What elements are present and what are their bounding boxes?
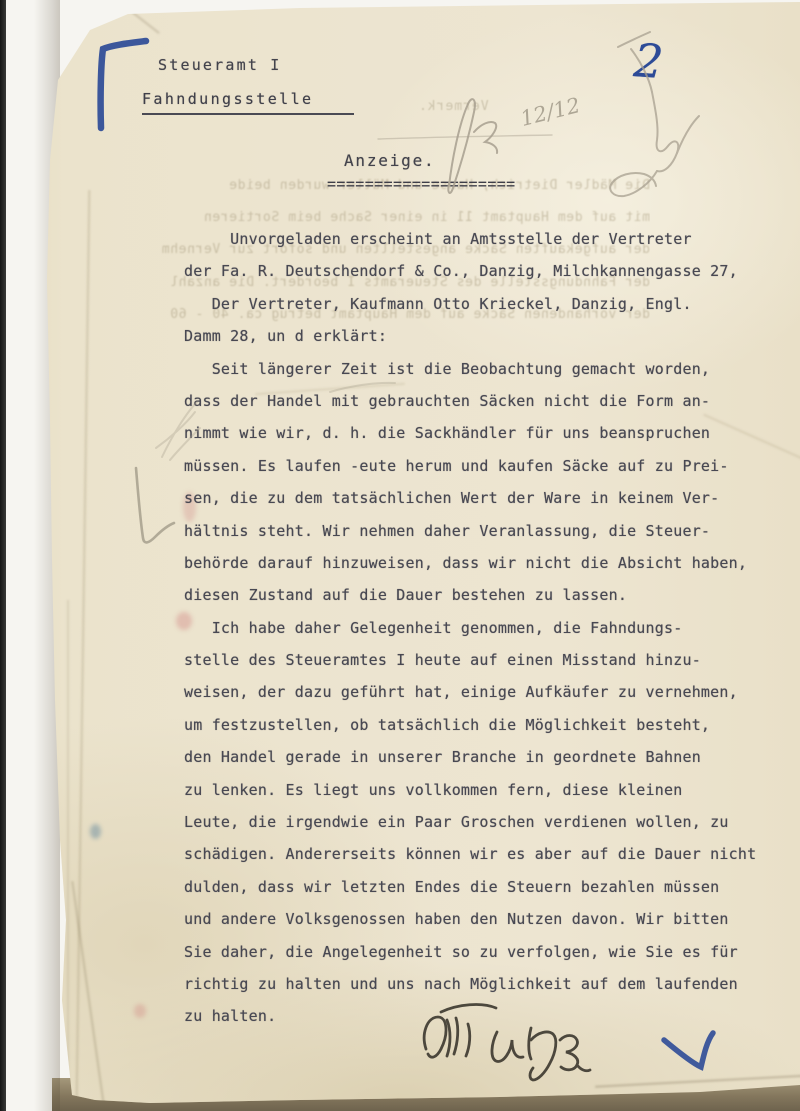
typewritten-line: und andere Volksgenossen haben den Nutze… [184,903,784,935]
typewritten-line: hältnis steht. Wir nehmen daher Veranlas… [184,515,784,547]
typewritten-line: weisen, der dazu geführt hat, einige Auf… [184,676,784,708]
typewritten-line: diesen Zustand auf die Dauer bestehen zu… [184,579,784,611]
typewritten-line: Unvorgeladen erscheint an Amtsstelle der… [184,223,784,255]
department-name: Fahndungsstelle [142,90,354,115]
typewritten-line: nimmt wie wir, d. h. die Sackhändler für… [184,417,784,449]
paper-sheet: Die Mädler Dietrich, Hanse und Müller wu… [0,0,800,1111]
typewritten-line: der Fa. R. Deutschendorf & Co., Danzig, … [184,255,784,287]
typewritten-line: um festzustellen, ob tatsächlich die Mög… [184,709,784,741]
scanner-edge [0,0,6,1111]
typewritten-line: den Handel gerade in unserer Branche in … [184,741,784,773]
typewritten-line: zu halten. [184,1000,784,1032]
blue-smudge [90,824,101,839]
pencil-date-note: 12/12 [518,93,583,131]
office-name: Steueramt I [158,56,282,74]
typewritten-line: dulden, dass wir letzten Endes die Steue… [184,871,784,903]
scanned-document-page: Die Mädler Dietrich, Hanse und Müller wu… [0,0,800,1111]
typewritten-line: Leute, die irgendwie ein Paar Groschen v… [184,806,784,838]
title-underline: ==================== [327,174,516,195]
typewritten-line: Der Vertreter, Kaufmann Otto Krieckel, D… [184,288,784,320]
typewritten-line: stelle des Steueramtes I heute auf einen… [184,644,784,676]
typewritten-line: sen, die zu dem tatsächlichen Wert der W… [184,482,784,514]
typewritten-line: dass der Handel mit gebrauchten Säcken n… [184,385,784,417]
typewritten-line: Seit längerer Zeit ist die Beobachtung g… [184,353,784,385]
typewritten-line: Ich habe daher Gelegenheit genommen, die… [184,612,784,644]
crease-line [595,1074,800,1088]
bleedthrough-vermerk: Vermerk. [418,99,489,114]
handwritten-page-number: 2 [632,33,665,89]
typewritten-line: müssen. Es laufen -eute herum und kaufen… [184,450,784,482]
pink-stain [134,1004,146,1018]
document-title: Anzeige. [344,151,435,170]
typewritten-line: Damm 28, un d erklärt: [184,320,784,352]
typewriter-body: Unvorgeladen erscheint an Amtsstelle der… [184,223,784,1033]
typewritten-line: behörde darauf hinzuweisen, dass wir nic… [184,547,784,579]
crease-line [67,600,69,1100]
typewritten-line: schädigen. Andererseits können wir es ab… [184,838,784,870]
typewritten-line: richtig zu halten und uns nach Möglichke… [184,968,784,1000]
typewritten-line: zu lenken. Es liegt uns vollkommen fern,… [184,774,784,806]
corner-fold [122,4,159,34]
typewritten-line: Sie daher, die Angelegenheit so zu verfo… [184,936,784,968]
